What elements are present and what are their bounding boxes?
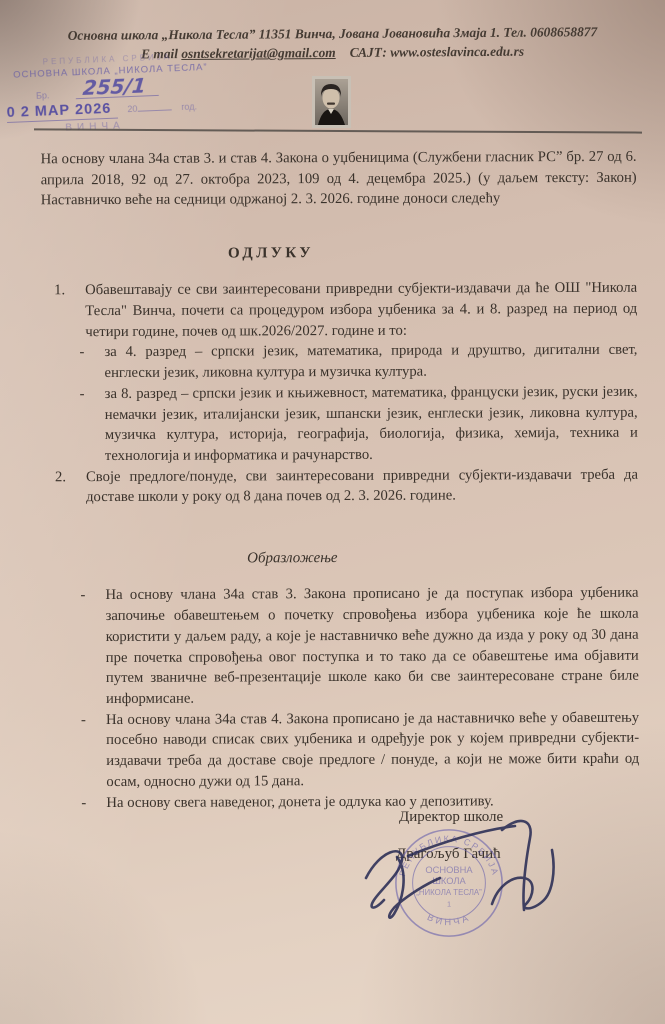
- site-address: www.osteslavinca.edu.rs: [390, 44, 524, 60]
- registry-stamp: РЕПУБЛИКА СРБИЈА ОСНОВНА ШКОЛА „НИКОЛА Т…: [5, 49, 258, 136]
- registry-number-handwritten: 255/1: [76, 76, 161, 99]
- rationale-item-3: - На основу свега наведеног, донета је о…: [43, 790, 639, 813]
- dash-bullet: -: [79, 342, 104, 384]
- rationale-1-text: На основу члана 34а став 3. Закона пропи…: [105, 583, 639, 710]
- dash-bullet: -: [80, 384, 105, 467]
- item-2-number: 2.: [55, 467, 86, 509]
- director-signature: [352, 812, 572, 937]
- registry-number-label: Бр.: [36, 90, 50, 101]
- decision-item-1: 1. Обавештавају се сви заинтересовани пр…: [41, 278, 637, 343]
- rationale-3-text: На основу свега наведеног, донета је одл…: [106, 790, 639, 813]
- item-1-number: 1.: [54, 280, 85, 342]
- year-blank-line: [137, 109, 171, 111]
- site-label: САЈТ:: [350, 45, 391, 60]
- grade4-subjects-text: за 4. разред – српски језик, математика,…: [104, 340, 637, 384]
- decision-item-2: 2. Своје предлоге/понуде, сви заинтересо…: [42, 464, 638, 508]
- grade4-subjects-item: - за 4. разред – српски језик, математик…: [41, 340, 637, 384]
- year-prefix: 20: [127, 104, 137, 114]
- rationale-title: Образложење: [247, 548, 338, 570]
- rationale-2-text: На основу члана 34а став 4. Закона пропи…: [106, 707, 639, 792]
- document-body: На основу члана 34а став 3. и став 4. За…: [41, 147, 640, 814]
- year-label: год.: [181, 101, 197, 112]
- dash-bullet: -: [80, 585, 106, 709]
- item-2-text: Своје предлоге/понуде, сви заинтересован…: [86, 464, 638, 508]
- tesla-portrait-photo: [312, 76, 351, 128]
- scanned-document-photo: Основна школа „Никола Тесла” 11351 Винча…: [0, 0, 665, 1024]
- decision-title: ОДЛУКУ: [228, 243, 314, 265]
- dash-bullet: -: [81, 793, 106, 814]
- dash-bullet: -: [81, 710, 106, 793]
- rationale-item-2: - На основу члана 34а став 4. Закона про…: [43, 707, 639, 792]
- item-1-text: Обавештавају се сви заинтересовани привр…: [85, 278, 637, 343]
- grade8-subjects-item: - за 8. разред – српски језик и књижевно…: [42, 382, 638, 467]
- date-stamp: 0 2 МАР 2026: [6, 101, 117, 123]
- intro-paragraph: На основу члана 34а став 3. и став 4. За…: [41, 147, 637, 212]
- grade8-subjects-text: за 8. разред – српски језик и књижевност…: [105, 382, 638, 467]
- rationale-item-1: - На основу члана 34а став 3. Закона про…: [42, 583, 639, 710]
